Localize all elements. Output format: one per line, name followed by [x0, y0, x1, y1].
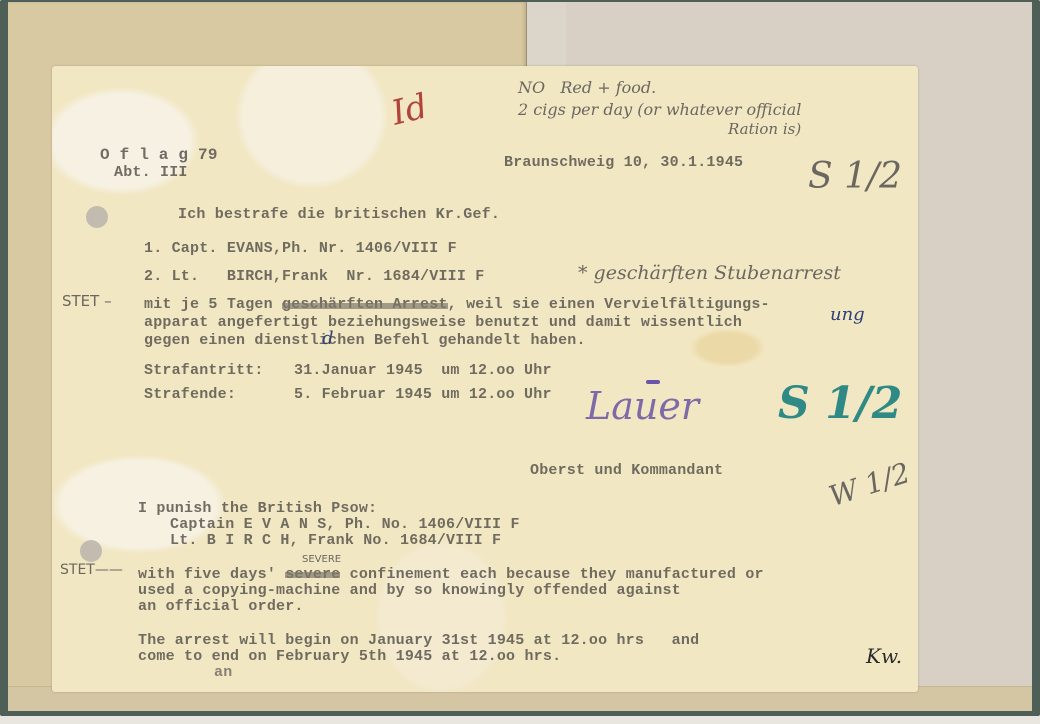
- german-intro: Ich bestrafe die britischen Kr.Gef.: [178, 206, 500, 223]
- english-intro: I punish the British Psow:: [138, 500, 377, 517]
- stet-german: STET –: [62, 292, 112, 310]
- start-label: Strafantritt:: [144, 362, 264, 379]
- correction-ung: ung: [830, 304, 865, 325]
- struck-text: severe: [285, 566, 340, 583]
- german-prisoner-2: 2. Lt. BIRCH,Frank Nr. 1684/VIII F: [144, 268, 484, 285]
- german-sentence-line3: gegen einen dienstlichen Befehl gehandel…: [144, 332, 586, 349]
- english-sentence-start: with five days': [138, 566, 285, 583]
- arrest-line1: The arrest will begin on January 31st 19…: [138, 632, 699, 649]
- initial-pencil-top: S 1/2: [808, 156, 902, 197]
- camp-section: Abt. III: [114, 164, 188, 181]
- german-insert-note: * geschärften Stubenarrest: [578, 262, 841, 284]
- correction-d: d: [322, 328, 334, 349]
- purple-dash: [646, 380, 660, 384]
- place-date: Braunschweig 10, 30.1.1945: [504, 154, 743, 171]
- note-line2: 2 cigs per day (or whatever official: [518, 100, 801, 119]
- arrest-line2: come to end on February 5th 1945 at 12.o…: [138, 648, 561, 665]
- commandant-signature: Lauer: [586, 384, 699, 428]
- punch-hole: [86, 206, 108, 228]
- german-sentence-end: , weil sie einen Vervielfältigungs-: [448, 296, 770, 313]
- english-sentence-end: confinement each because they manufactur…: [340, 566, 763, 583]
- german-sentence-line1: mit je 5 Tagen geschärften Arrest, weil …: [144, 296, 770, 313]
- note-line1: NO Red + food.: [518, 78, 656, 97]
- german-sentence-line2: apparat angefertigt beziehungsweise benu…: [144, 314, 742, 331]
- english-sentence-line3: an official order.: [138, 598, 304, 615]
- severe-insert: SEVERE: [302, 554, 341, 565]
- punch-hole: [80, 540, 102, 562]
- initial-pencil-right: W 1/2: [825, 456, 914, 513]
- english-prisoner-1: Captain E V A N S, Ph. No. 1406/VIII F: [170, 516, 520, 533]
- correction-an: an: [214, 664, 232, 681]
- red-pencil-mark: Id: [388, 86, 432, 133]
- initial-teal: S 1/2: [778, 378, 902, 429]
- note-line3: Ration is): [728, 120, 801, 138]
- english-sentence-line2: used a copying-machine and by so knowing…: [138, 582, 681, 599]
- german-prisoner-1: 1. Capt. EVANS,Ph. Nr. 1406/VIII F: [144, 240, 457, 257]
- english-prisoner-2: Lt. B I R C H, Frank No. 1684/VIII F: [170, 532, 501, 549]
- stet-english: STET——: [60, 562, 123, 578]
- signature-title: Oberst und Kommandant: [530, 462, 723, 479]
- punishment-order-sheet: O f l a g 79 Abt. III Braunschweig 10, 3…: [52, 66, 918, 692]
- end-value: 5. Februar 1945 um 12.oo Uhr: [294, 386, 552, 403]
- start-value: 31.Januar 1945 um 12.oo Uhr: [294, 362, 552, 379]
- strikethrough: [285, 572, 340, 578]
- english-sentence-line1: with five days' severe confinement each …: [138, 566, 764, 583]
- camp-name: O f l a g 79: [100, 146, 218, 164]
- strikethrough: [282, 303, 448, 309]
- struck-text: geschärften Arrest: [282, 296, 448, 313]
- initial-bottom: Kw.: [866, 644, 902, 668]
- end-label: Strafende:: [144, 386, 236, 403]
- german-sentence-start: mit je 5 Tagen: [144, 296, 282, 313]
